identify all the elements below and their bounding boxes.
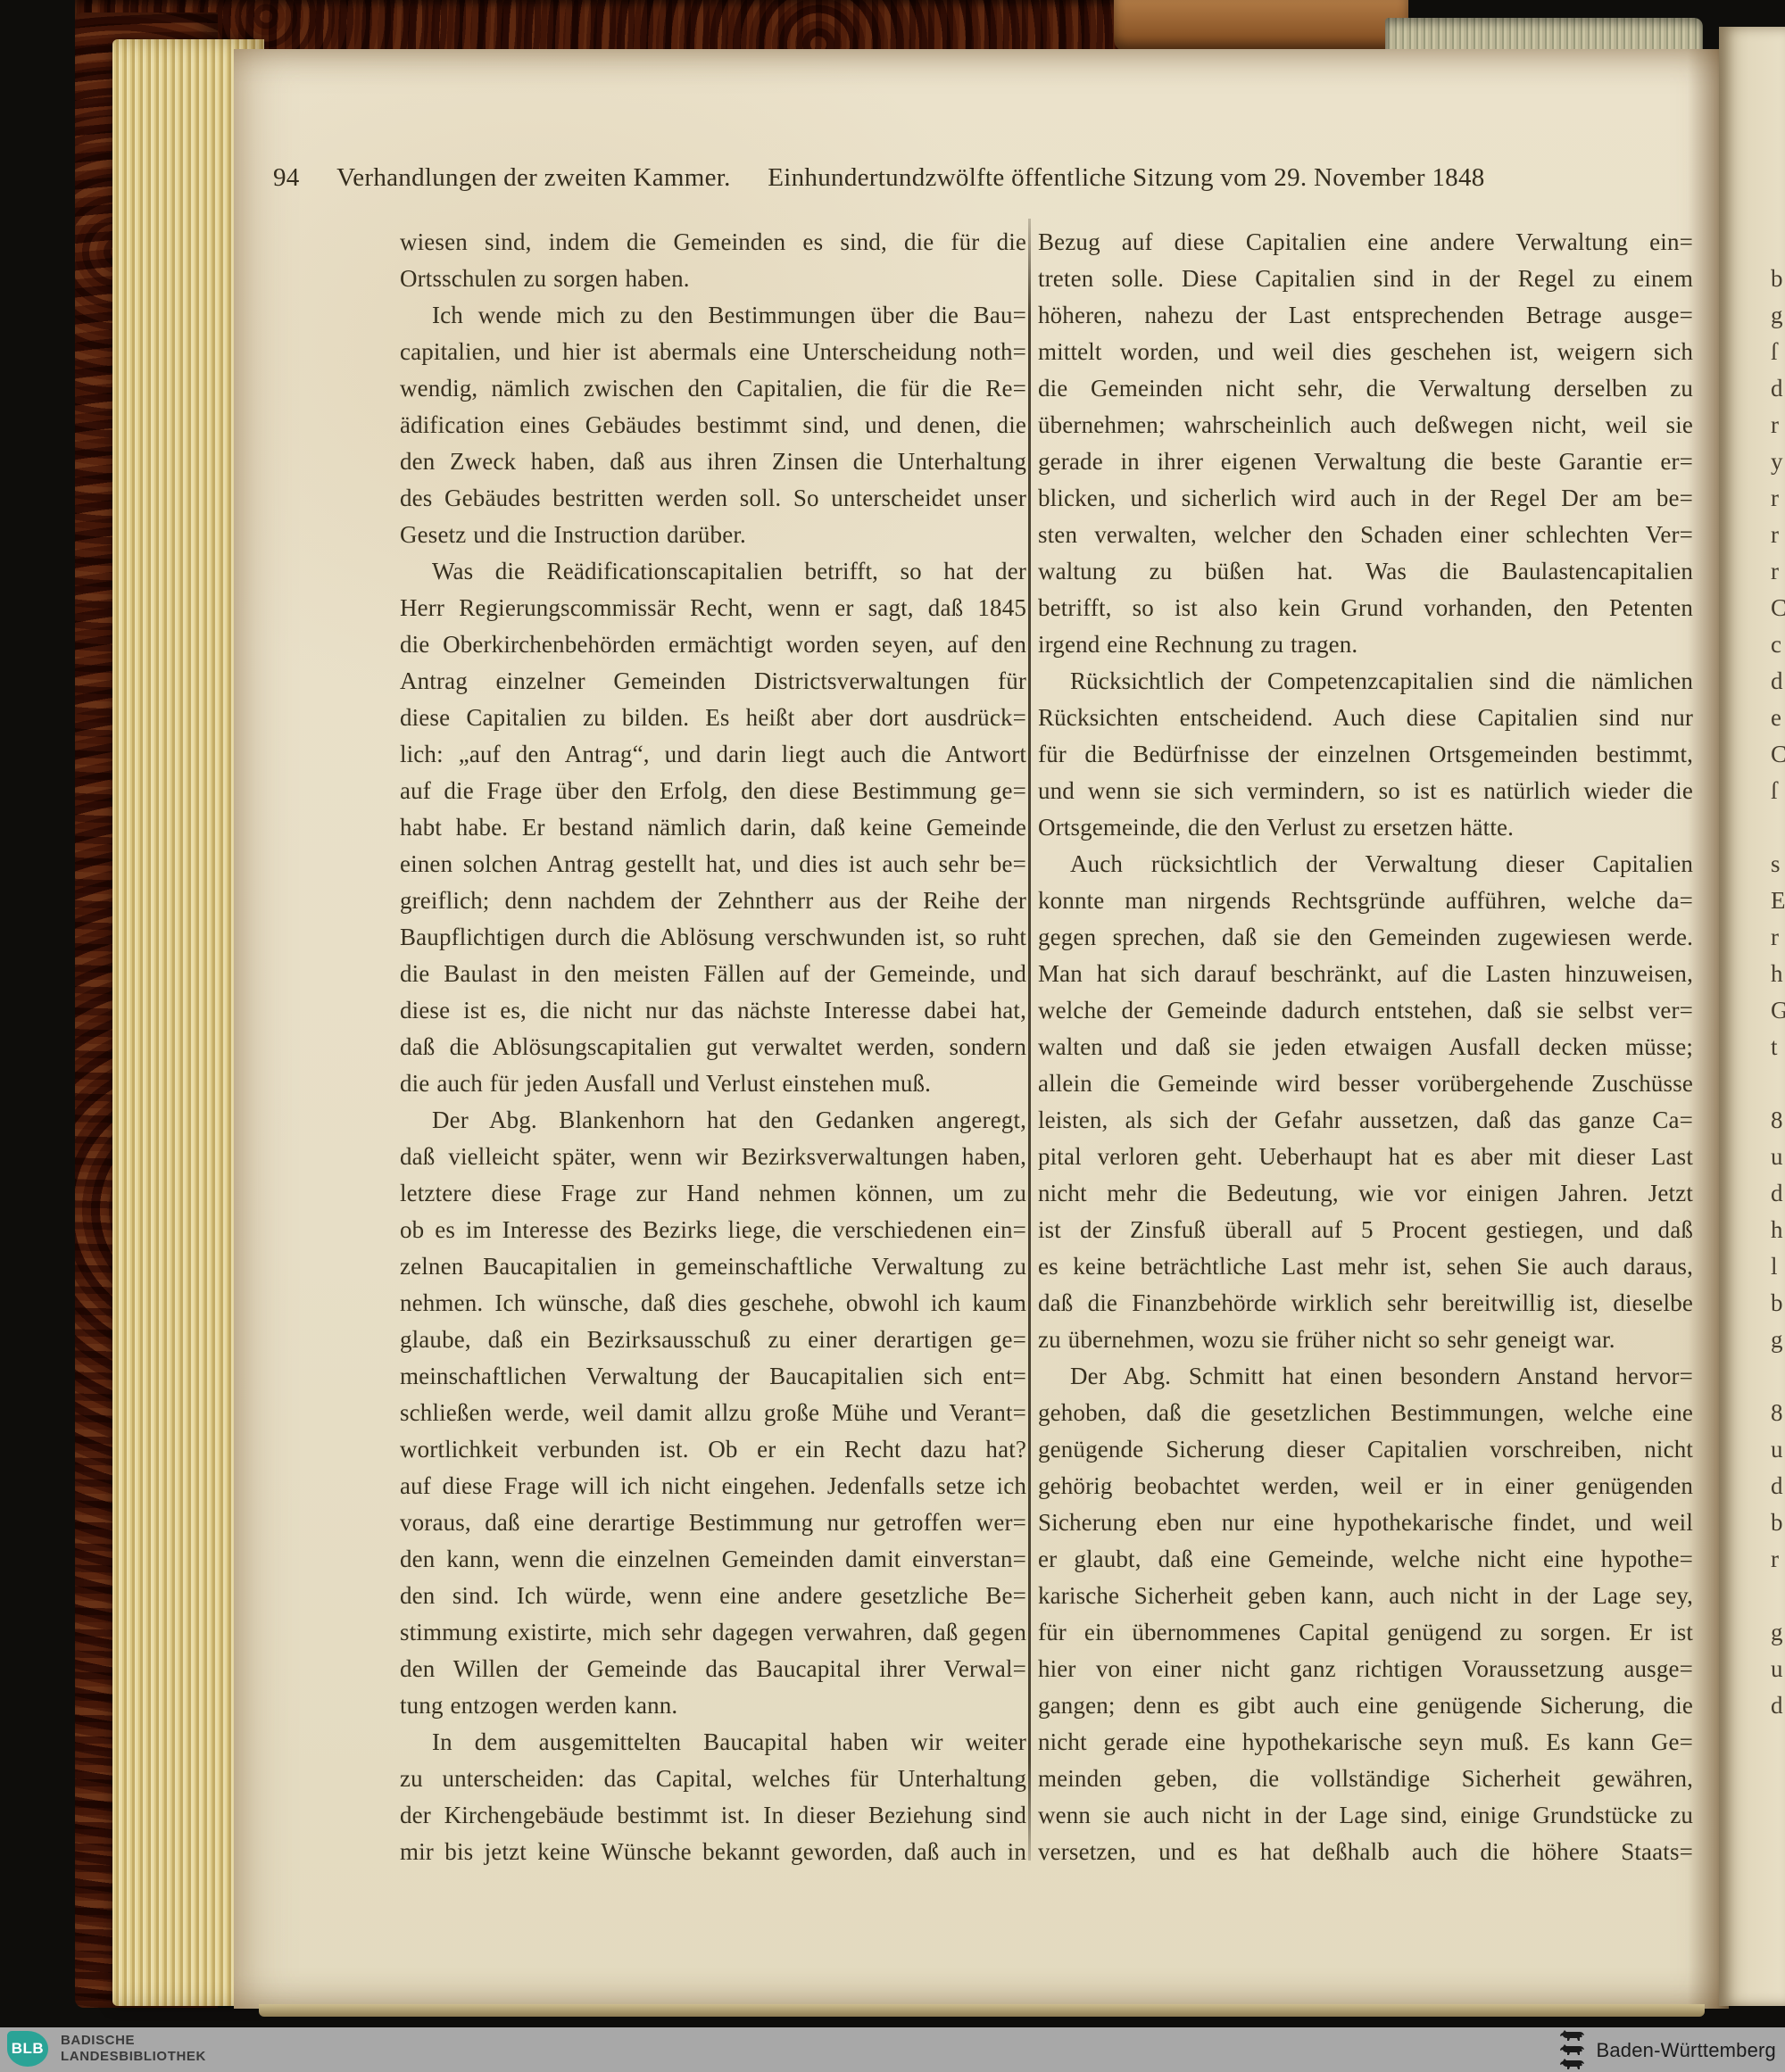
blb-logo-icon: BLB bbox=[7, 2031, 48, 2067]
text-line: für die Bedürfnisse der einzelnen Ortsge… bbox=[1038, 736, 1693, 773]
text-line: ob es im Interesse des Bezirks liege, di… bbox=[400, 1212, 1026, 1248]
text-line: daß vielleicht später, wenn wir Bezirksv… bbox=[400, 1139, 1026, 1175]
text-fragment: r bbox=[1771, 1541, 1785, 1578]
text-line: er glaubt, daß eine Gemeinde, welche nic… bbox=[1038, 1541, 1693, 1578]
header-session: Einhundertundzwölfte öffentliche Sitzung… bbox=[768, 163, 1484, 192]
text-line: mittelt worden, und weil dies geschehen … bbox=[1038, 334, 1693, 370]
text-fragment: g bbox=[1771, 297, 1785, 334]
book-bottom-page-edges bbox=[259, 2004, 1705, 2017]
text-line: lich: „auf den Antrag“, und darin liegt … bbox=[400, 736, 1026, 773]
text-line: Der Abg. Blankenhorn hat den Gedanken an… bbox=[400, 1102, 1026, 1139]
text-line: meinden geben, die vollständige Sicherhe… bbox=[1038, 1761, 1693, 1797]
header-title: Verhandlungen der zweiten Kammer. bbox=[336, 163, 731, 192]
text-fragment: d bbox=[1771, 370, 1785, 407]
text-fragment: r bbox=[1771, 919, 1785, 956]
left-column: wiesen sind, indem die Gemeinden es sind… bbox=[400, 224, 1026, 1870]
text-line: nehmen. Ich wünsche, daß dies geschehe, … bbox=[400, 1285, 1026, 1322]
text-line: diese Capitalien zu bilden. Es heißt abe… bbox=[400, 700, 1026, 736]
text-fragment: d bbox=[1771, 1687, 1785, 1724]
text-line: übernehmen; wahrscheinlich auch deßwegen… bbox=[1038, 407, 1693, 443]
text-fragment: u bbox=[1771, 1651, 1785, 1687]
text-line: wiesen sind, indem die Gemeinden es sind… bbox=[400, 224, 1026, 261]
text-line: die Baulast in den meisten Fällen auf de… bbox=[400, 956, 1026, 992]
text-fragment: r bbox=[1771, 517, 1785, 553]
text-fragment bbox=[1771, 1578, 1785, 1614]
text-fragment: C bbox=[1771, 736, 1785, 773]
three-lions-icon bbox=[1559, 2029, 1586, 2071]
text-fragment: ſ bbox=[1771, 773, 1785, 809]
text-line: karische Sicherheit geben kann, auch nic… bbox=[1038, 1578, 1693, 1614]
text-line: zelnen Baucapitalien in gemeinschaftlich… bbox=[400, 1248, 1026, 1285]
text-line: wortlichkeit verbunden ist. Ob er ein Re… bbox=[400, 1431, 1026, 1468]
text-line: ädification eines Gebäudes bestimmt sind… bbox=[400, 407, 1026, 443]
text-fragment: u bbox=[1771, 1139, 1785, 1175]
text-line: Baupflichtigen durch die Ablösung versch… bbox=[400, 919, 1026, 956]
text-line: Sicherung eben nur eine hypothekarische … bbox=[1038, 1504, 1693, 1541]
text-line: ist der Zinsfuß überall auf 5 Procent ge… bbox=[1038, 1212, 1693, 1248]
text-fragment: t bbox=[1771, 1029, 1785, 1065]
text-line: des Gebäudes bestritten werden soll. So … bbox=[400, 480, 1026, 517]
text-line: In dem ausgemittelten Baucapital haben w… bbox=[400, 1724, 1026, 1761]
library-name-line1: BADISCHE bbox=[61, 2033, 206, 2049]
text-fragment: l bbox=[1771, 1248, 1785, 1285]
text-line: höheren, nahezu der Last entsprechenden … bbox=[1038, 297, 1693, 334]
text-line: Man hat sich darauf beschränkt, auf die … bbox=[1038, 956, 1693, 992]
column-divider-rule bbox=[1028, 219, 1031, 1861]
text-line: daß die Ablösungscapitalien gut verwalte… bbox=[400, 1029, 1026, 1065]
text-line: zu übernehmen, wozu sie früher nicht so … bbox=[1038, 1322, 1693, 1358]
text-line: Ortsschulen zu sorgen haben. bbox=[400, 261, 1026, 297]
text-line: auf die Frage über den Erfolg, den diese… bbox=[400, 773, 1026, 809]
text-line: daß die Finanzbehörde wirklich sehr bere… bbox=[1038, 1285, 1693, 1322]
text-line: irgend eine Rechnung zu tragen. bbox=[1038, 626, 1693, 663]
text-fragment: d bbox=[1771, 1175, 1785, 1212]
text-line: sten verwalten, welcher den Schaden eine… bbox=[1038, 517, 1693, 553]
text-line: Der Abg. Schmitt hat einen besondern Ans… bbox=[1038, 1358, 1693, 1395]
text-fragment: g bbox=[1771, 1614, 1785, 1651]
text-line: welche der Gemeinde dadurch entstehen, d… bbox=[1038, 992, 1693, 1029]
text-line: den Willen der Gemeinde das Baucapital i… bbox=[400, 1651, 1026, 1687]
book-page: 94 Verhandlungen der zweiten Kammer. Ein… bbox=[234, 49, 1729, 2009]
text-line: waltung zu büßen hat. Was die Baulastenc… bbox=[1038, 553, 1693, 590]
text-line: den Zweck haben, daß aus ihren Zinsen di… bbox=[400, 443, 1026, 480]
text-fragment: d bbox=[1771, 1468, 1785, 1504]
text-line: Rücksichtlich der Competenzcapitalien si… bbox=[1038, 663, 1693, 700]
blb-acronym: BLB bbox=[12, 2040, 44, 2058]
text-line: diese ist es, die nicht nur das nächste … bbox=[400, 992, 1026, 1029]
library-name-line2: LANDESBIBLIOTHEK bbox=[61, 2049, 206, 2065]
text-line: allein die Gemeinde wird besser vorüberg… bbox=[1038, 1065, 1693, 1102]
right-column: Bezug auf diese Capitalien eine andere V… bbox=[1038, 224, 1693, 1870]
text-line: Bezug auf diese Capitalien eine andere V… bbox=[1038, 224, 1693, 261]
text-fragment: b bbox=[1771, 1504, 1785, 1541]
text-fragment: G bbox=[1771, 992, 1785, 1029]
text-line: capitalien, und hier ist abermals eine U… bbox=[400, 334, 1026, 370]
text-line: für ein übernommenes Capital genügend zu… bbox=[1038, 1614, 1693, 1651]
text-line: den sind. Ich würde, wenn eine andere ge… bbox=[400, 1578, 1026, 1614]
text-fragment: y bbox=[1771, 443, 1785, 480]
text-line: letztere diese Frage zur Hand nehmen kön… bbox=[400, 1175, 1026, 1212]
next-page-sliver: bgſdryrrrCcdeCſsErhGt8udhlbg8udbrgud bbox=[1719, 27, 1785, 2006]
library-name: BADISCHE LANDESBIBLIOTHEK bbox=[61, 2033, 206, 2065]
text-line: auf diese Frage will ich nicht eingehen.… bbox=[400, 1468, 1026, 1504]
text-line: gehoben, daß die gesetzlichen Bestimmung… bbox=[1038, 1395, 1693, 1431]
page-header: 94 Verhandlungen der zweiten Kammer. Ein… bbox=[273, 163, 1665, 193]
text-line: wendig, nämlich zwischen den Capitalien,… bbox=[400, 370, 1026, 407]
text-fragment: h bbox=[1771, 956, 1785, 992]
text-fragment: 8 bbox=[1771, 1395, 1785, 1431]
book-spine-leather bbox=[1114, 0, 1408, 52]
text-line: wenn sie auch nicht in der Lage sind, ei… bbox=[1038, 1797, 1693, 1834]
text-line: stimmung existirte, mich sehr dagegen ve… bbox=[400, 1614, 1026, 1651]
text-line: Antrag einzelner Gemeinden Districtsverw… bbox=[400, 663, 1026, 700]
footer-banner: BLB BADISCHE LANDESBIBLIOTHEK Baden-Würt… bbox=[0, 2027, 1785, 2072]
text-fragment: r bbox=[1771, 480, 1785, 517]
text-fragment: h bbox=[1771, 1212, 1785, 1248]
text-line: die Oberkirchenbehörden ermächtigt worde… bbox=[400, 626, 1026, 663]
text-line: meinschaftlichen Verwaltung der Baucapit… bbox=[400, 1358, 1026, 1395]
text-fragment: E bbox=[1771, 883, 1785, 919]
text-line: genügende Sicherung dieser Capitalien vo… bbox=[1038, 1431, 1693, 1468]
text-line: versetzen, und es hat deßhalb auch die h… bbox=[1038, 1834, 1693, 1870]
text-line: Auch rücksichtlich der Verwaltung dieser… bbox=[1038, 846, 1693, 883]
text-line: nicht gerade eine hypothekarische seyn m… bbox=[1038, 1724, 1693, 1761]
text-fragment bbox=[1771, 1358, 1785, 1395]
text-line: Gesetz und die Instruction darüber. bbox=[400, 517, 1026, 553]
text-line: gerade in ihrer eigenen Verwaltung die b… bbox=[1038, 443, 1693, 480]
text-line: gangen; denn es gibt auch eine genügende… bbox=[1038, 1687, 1693, 1724]
text-line: hier von einer nicht ganz richtigen Vora… bbox=[1038, 1651, 1693, 1687]
text-line: treten solle. Diese Capitalien sind in d… bbox=[1038, 261, 1693, 297]
text-fragment: C bbox=[1771, 590, 1785, 626]
text-fragment: 8 bbox=[1771, 1102, 1785, 1139]
text-line: greiflich; denn nachdem der Zehntherr au… bbox=[400, 883, 1026, 919]
page-number: 94 bbox=[273, 163, 300, 192]
text-line: Was die Reädificationscapitalien betriff… bbox=[400, 553, 1026, 590]
text-line: mir bis jetzt keine Wünsche bekannt gewo… bbox=[400, 1834, 1026, 1870]
text-fragment: s bbox=[1771, 846, 1785, 883]
text-fragment: r bbox=[1771, 407, 1785, 443]
text-line: walten und daß sie jeden etwaigen Ausfal… bbox=[1038, 1029, 1693, 1065]
text-fragment bbox=[1771, 809, 1785, 846]
text-line: pital verloren geht. Ueberhaupt hat es a… bbox=[1038, 1139, 1693, 1175]
text-line: schließen werde, weil damit allzu große … bbox=[400, 1395, 1026, 1431]
text-line: einen solchen Antrag gestellt hat, und d… bbox=[400, 846, 1026, 883]
text-fragment: e bbox=[1771, 700, 1785, 736]
text-line: Ortsgemeinde, die den Verlust zu ersetze… bbox=[1038, 809, 1693, 846]
text-line: Rücksichten entscheidend. Auch diese Cap… bbox=[1038, 700, 1693, 736]
text-fragment: c bbox=[1771, 626, 1785, 663]
text-line: voraus, daß eine derartige Bestimmung nu… bbox=[400, 1504, 1026, 1541]
text-line: den kann, wenn die einzelnen Gemeinden d… bbox=[400, 1541, 1026, 1578]
text-line: nicht mehr die Bedeutung, wie vor einige… bbox=[1038, 1175, 1693, 1212]
text-line: gehörig beobachtet werden, weil er in ei… bbox=[1038, 1468, 1693, 1504]
baden-wuerttemberg-logo[interactable]: Baden-Württemberg bbox=[1559, 2029, 1777, 2071]
text-fragment: r bbox=[1771, 553, 1785, 590]
text-line: und wenn sie sich vermindern, so ist es … bbox=[1038, 773, 1693, 809]
text-line: gegen sprechen, daß sie den Gemeinden zu… bbox=[1038, 919, 1693, 956]
text-fragment: g bbox=[1771, 1322, 1785, 1358]
text-line: konnte man nirgends Rechtsgründe aufführ… bbox=[1038, 883, 1693, 919]
text-fragment bbox=[1771, 1065, 1785, 1102]
text-line: blicken, und sicherlich wird auch in der… bbox=[1038, 480, 1693, 517]
text-line: leisten, als sich der Gefahr aussetzen, … bbox=[1038, 1102, 1693, 1139]
next-page-text-fragments: bgſdryrrrCcdeCſsErhGt8udhlbg8udbrgud bbox=[1771, 261, 1785, 1724]
text-line: Ich wende mich zu den Bestimmungen über … bbox=[400, 297, 1026, 334]
text-line: glaube, daß ein Bezirksausschuß zu einer… bbox=[400, 1322, 1026, 1358]
text-line: zu unterscheiden: das Capital, welches f… bbox=[400, 1761, 1026, 1797]
text-line: es keine beträchtliche Last mehr ist, se… bbox=[1038, 1248, 1693, 1285]
text-line: habt habe. Er bestand nämlich darin, daß… bbox=[400, 809, 1026, 846]
text-line: betrifft, so ist also kein Grund vorhand… bbox=[1038, 590, 1693, 626]
text-fragment: b bbox=[1771, 261, 1785, 297]
text-fragment: d bbox=[1771, 663, 1785, 700]
text-fragment: b bbox=[1771, 1285, 1785, 1322]
text-line: die auch für jeden Ausfall und Verlust e… bbox=[400, 1065, 1026, 1102]
text-line: tung entzogen werden kann. bbox=[400, 1687, 1026, 1724]
text-fragment: ſ bbox=[1771, 334, 1785, 370]
text-line: der Kirchengebäude bestimmt ist. In dies… bbox=[400, 1797, 1026, 1834]
blb-logo[interactable]: BLB BADISCHE LANDESBIBLIOTHEK bbox=[7, 2031, 206, 2067]
state-name: Baden-Württemberg bbox=[1597, 2039, 1777, 2062]
text-line: Herr Regierungscommissär Recht, wenn er … bbox=[400, 590, 1026, 626]
text-fragment: u bbox=[1771, 1431, 1785, 1468]
text-line: die Gemeinden nicht sehr, die Verwaltung… bbox=[1038, 370, 1693, 407]
